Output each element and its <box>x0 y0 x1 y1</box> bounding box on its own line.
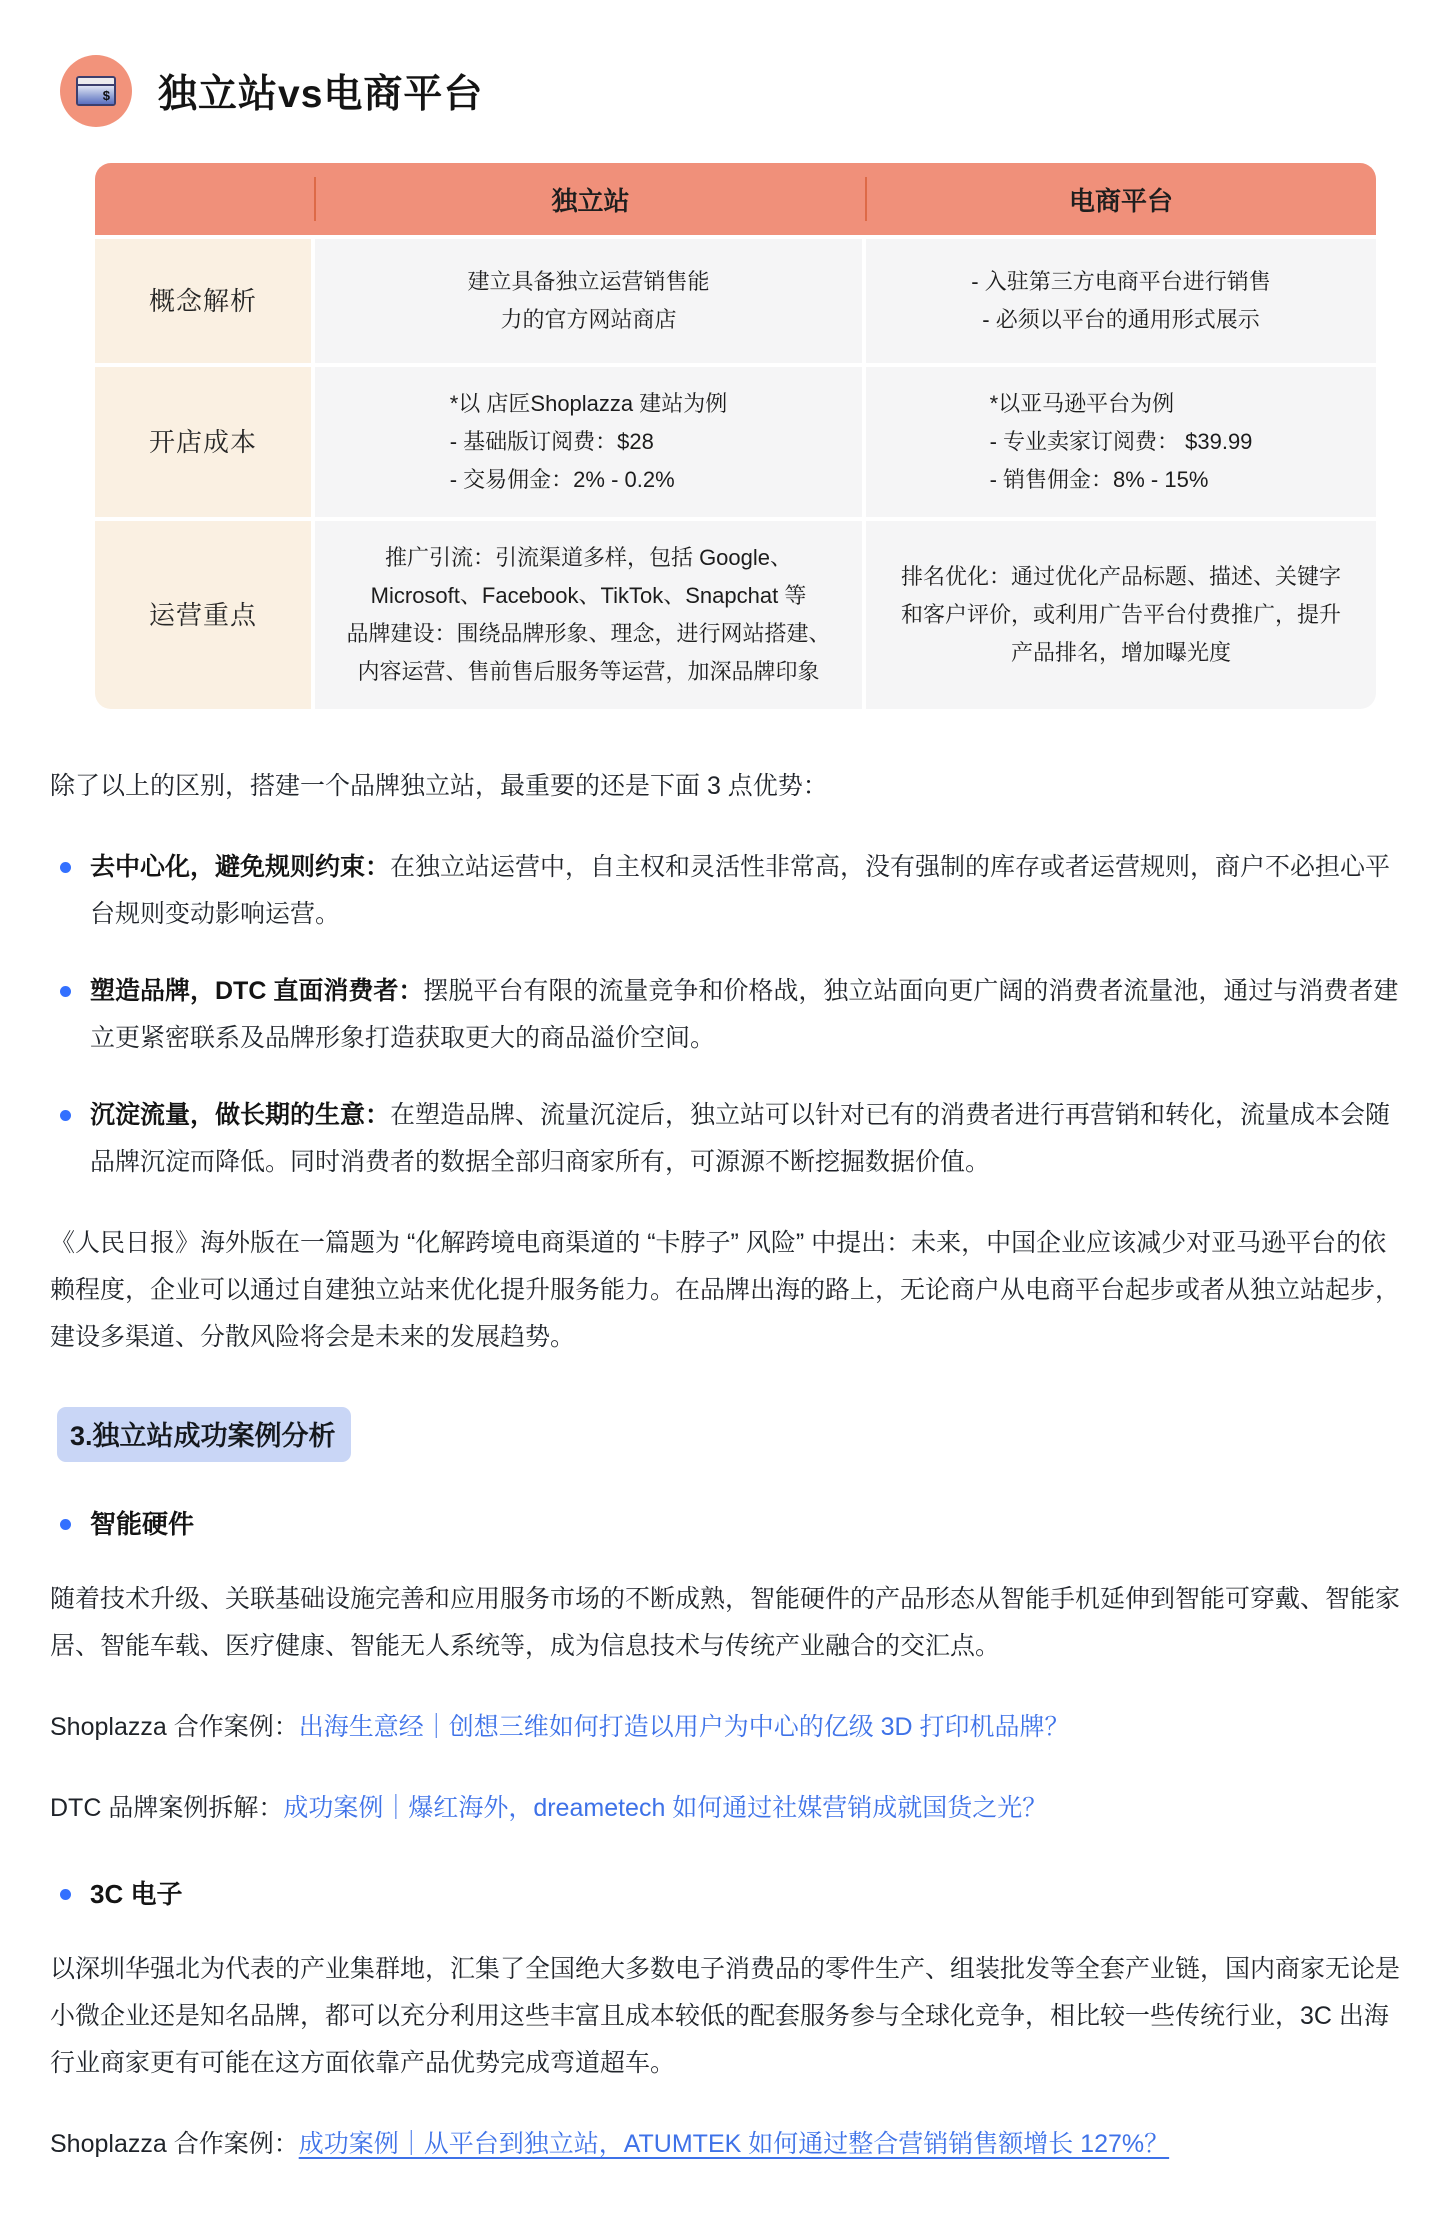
advantage-title: 塑造品牌，DTC 直面消费者： <box>90 977 423 1005</box>
comparison-table: 独立站 电商平台 概念解析 建立具备独立运营销售能 力的官方网站商店 - 入驻第… <box>95 163 1376 709</box>
list-item: 塑造品牌，DTC 直面消费者：摆脱平台有限的流量竞争和价格战，独立站面向更广阔的… <box>50 968 1404 1062</box>
case-link-line: Shoplazza 合作案例：成功案例｜从平台到独立站，ATUMTEK 如何通过… <box>50 2121 1404 2168</box>
row-label-operation: 运营重点 <box>95 521 311 709</box>
column-header-independent-site: 独立站 <box>315 163 866 235</box>
case-link-atumtek[interactable]: 成功案例｜从平台到独立站，ATUMTEK 如何通过整合营销销售额增长 127%？ <box>299 2130 1169 2158</box>
section-heading-success-cases: 3.独立站成功案例分析 <box>57 1407 351 1462</box>
document-page: $ 独立站vs电商平台 独立站 电商平台 概念解析 建立具备独立运营销售能 力的… <box>0 0 1456 2228</box>
table-cell-cost-independent: *以 店匠Shoplazza 建站为例 - 基础版订阅费：$28 - 交易佣金：… <box>315 367 862 517</box>
table-header-row: 独立站 电商平台 <box>95 163 1376 235</box>
browser-window-glyph: $ <box>76 76 116 106</box>
list-item: 去中心化，避免规则约束：在独立站运营中，自主权和灵活性非常高，没有强制的库存或者… <box>50 844 1404 938</box>
bullet-dot-icon <box>60 986 71 997</box>
table-cell-concept-independent: 建立具备独立运营销售能 力的官方网站商店 <box>315 239 862 363</box>
row-label-cost: 开店成本 <box>95 367 311 517</box>
bullet-dot-icon <box>60 1889 71 1900</box>
bullet-dot-icon <box>60 862 71 873</box>
table-cell-concept-platform: - 入驻第三方电商平台进行销售 - 必须以平台的通用形式展示 <box>866 239 1376 363</box>
case-link-dreametech[interactable]: 成功案例｜爆红海外，dreametech 如何通过社媒营销成就国货之光？ <box>283 1794 1047 1822</box>
list-item: 沉淀流量，做长期的生意：在塑造品牌、流量沉淀后，独立站可以针对已有的消费者进行再… <box>50 1092 1404 1186</box>
table-body: 概念解析 建立具备独立运营销售能 力的官方网站商店 - 入驻第三方电商平台进行销… <box>95 239 1376 709</box>
link-label: Shoplazza 合作案例： <box>50 1713 299 1741</box>
column-header-ecommerce-platform: 电商平台 <box>866 163 1376 235</box>
case-link-line: DTC 品牌案例拆解：成功案例｜爆红海外，dreametech 如何通过社媒营销… <box>50 1785 1404 1832</box>
page-title: 独立站vs电商平台 <box>158 63 483 119</box>
dollar-glyph: $ <box>103 89 110 102</box>
case-link-creality[interactable]: 出海生意经｜创想三维如何打造以用户为中心的亿级 3D 打印机品牌？ <box>299 1713 1070 1741</box>
column-header-blank <box>95 163 315 235</box>
advantage-title: 沉淀流量，做长期的生意： <box>90 1101 390 1129</box>
table-cell-cost-platform: *以亚马逊平台为例 - 专业卖家订阅费： $39.99 - 销售佣金：8% - … <box>866 367 1376 517</box>
table-cell-operation-independent: 推广引流：引流渠道多样，包括 Google、 Microsoft、Faceboo… <box>315 521 862 709</box>
link-label: Shoplazza 合作案例： <box>50 2130 299 2158</box>
bullet-dot-icon <box>60 1519 71 1530</box>
case-paragraph: 随着技术升级、关联基础设施完善和应用服务市场的不断成熟，智能硬件的产品形态从智能… <box>50 1576 1404 1670</box>
quote-paragraph: 《人民日报》海外版在一篇题为 “化解跨境电商渠道的 “卡脖子” 风险” 中提出：… <box>50 1220 1404 1361</box>
case-category-smart-hardware: 智能硬件 <box>50 1506 1404 1542</box>
row-label-concept: 概念解析 <box>95 239 311 363</box>
storefront-window-icon: $ <box>60 55 132 127</box>
link-label: DTC 品牌案例拆解： <box>50 1794 283 1822</box>
intro-paragraph: 除了以上的区别，搭建一个品牌独立站，最重要的还是下面 3 点优势： <box>50 763 1404 810</box>
case-link-line: Shoplazza 合作案例：出海生意经｜创想三维如何打造以用户为中心的亿级 3… <box>50 1704 1404 1751</box>
case-paragraph: 以深圳华强北为代表的产业集群地，汇集了全国绝大多数电子消费品的零件生产、组装批发… <box>50 1946 1404 2087</box>
table-cell-operation-platform: 排名优化：通过优化产品标题、描述、关键字 和客户评价，或利用广告平台付费推广，提… <box>866 521 1376 709</box>
advantage-title: 去中心化，避免规则约束： <box>90 853 390 881</box>
window-body-glyph: $ <box>78 86 114 104</box>
advantages-list: 去中心化，避免规则约束：在独立站运营中，自主权和灵活性非常高，没有强制的库存或者… <box>50 844 1404 1186</box>
document-header: $ 独立站vs电商平台 <box>50 55 1404 127</box>
case-category-3c-electronics: 3C 电子 <box>50 1876 1404 1912</box>
bullet-dot-icon <box>60 1110 71 1121</box>
window-titlebar-glyph <box>78 78 114 86</box>
